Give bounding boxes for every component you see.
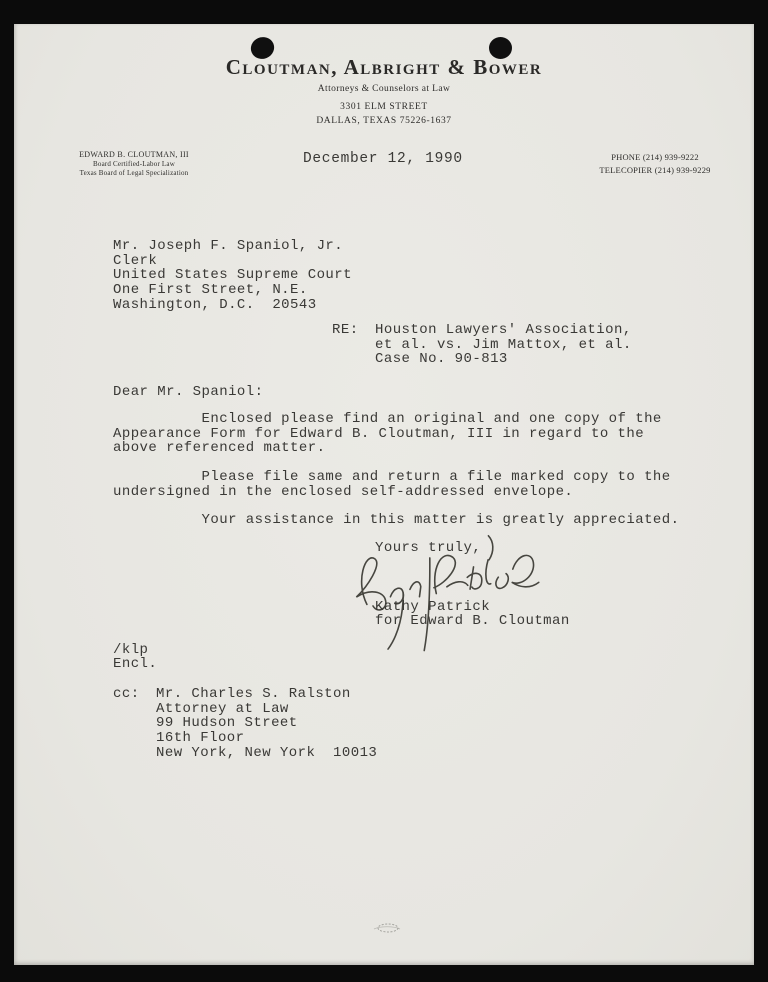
firm-address-street: 3301 ELM STREET [14,102,754,112]
cc-recipient-address: Mr. Charles S. Ralston Attorney at Law 9… [156,687,377,761]
attorney-cert-1: Board Certified-Labor Law [54,160,214,168]
body-paragraph-2: Please file same and return a file marke… [113,470,671,499]
attorney-block: EDWARD B. CLOUTMAN, III Board Certified-… [54,150,214,177]
scanned-letter: Cloutman, Albright & Bower Attorneys & C… [0,0,768,982]
firm-address-city: DALLAS, TEXAS 75226-1637 [14,116,754,126]
enclosure-notation: Encl. [113,657,157,672]
attorney-name: EDWARD B. CLOUTMAN, III [54,150,214,159]
contact-block: PHONE (214) 939-9222 TELECOPIER (214) 93… [570,151,740,177]
letter-page: Cloutman, Albright & Bower Attorneys & C… [14,24,754,965]
salutation: Dear Mr. Spaniol: [113,385,263,400]
firm-tagline: Attorneys & Counselors at Law [14,84,754,94]
signed-on-behalf-of: for Edward B. Cloutman [375,614,570,629]
recipient-address: Mr. Joseph F. Spaniol, Jr. Clerk United … [113,239,352,313]
scan-smudge [366,919,406,937]
cc-label: cc: [113,687,140,702]
firm-name: Cloutman, Albright & Bower [14,55,754,80]
telecopier-number: TELECOPIER (214) 939-9229 [570,164,740,177]
body-paragraph-3: Your assistance in this matter is greatl… [113,513,680,528]
re-label: RE: [332,323,359,338]
complimentary-closing: Yours truly, [375,541,481,556]
re-subject: Houston Lawyers' Association, et al. vs.… [375,323,632,367]
phone-number: PHONE (214) 939-9222 [570,151,740,164]
attorney-cert-2: Texas Board of Legal Specialization [54,169,214,177]
letter-date: December 12, 1990 [303,152,463,167]
body-paragraph-1: Enclosed please find an original and one… [113,412,662,456]
